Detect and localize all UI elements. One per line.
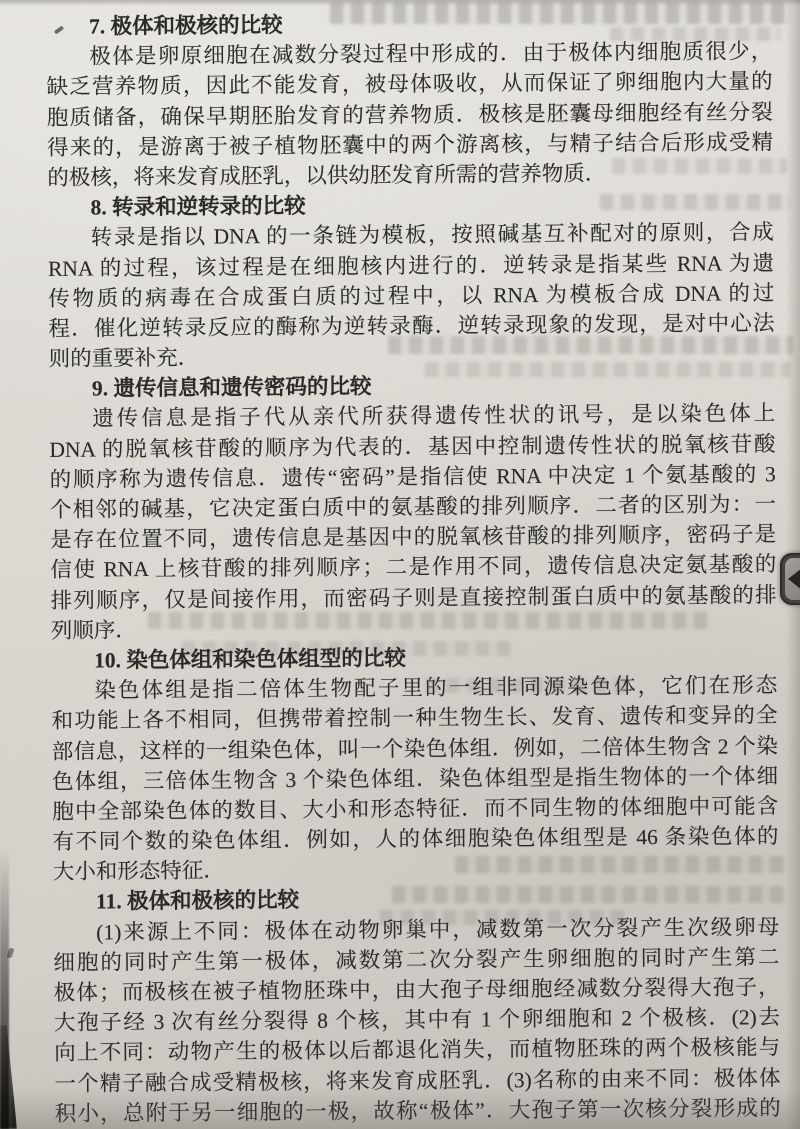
scan-edge-shadow-top — [0, 0, 800, 6]
text-line: 程．催化逆转录反应的酶称为逆转录酶．逆转录现象的发现，是对中心法 — [48, 308, 774, 344]
scanned-page: 7. 极体和极核的比较极体是卵原细胞在减数分裂过程中形成的．由于极体内细胞质很少… — [0, 0, 800, 1129]
scan-edge-shadow-bottom — [0, 1087, 800, 1129]
text-line: 得来的，是游离于被子植物胚囊中的两个游离核，与精子结合后形成受精 — [47, 127, 773, 163]
text-line: 排列顺序，仅是间接作用，而密码子则是直接控制蛋白质中的氨基酸的排 — [51, 580, 777, 616]
text-line: 和功能上各不相同，但携带着控制一种生物生长、发育、遗传和变异的全 — [51, 700, 777, 736]
text-line: 有不同个数的染色体组．例如，人的体细胞染色体组型是 46 条染色体的 — [52, 821, 778, 857]
page-text: 7. 极体和极核的比较极体是卵原细胞在减数分裂过程中形成的．由于极体内细胞质很少… — [46, 6, 781, 1129]
text-line: 转录是指以 DNA 的一条链为模板，按照碱基互补配对的原则，合成 — [48, 217, 774, 253]
chevron-left-icon — [785, 558, 800, 600]
page-turn-prev-button[interactable] — [780, 553, 800, 605]
scan-speck — [266, 22, 269, 25]
